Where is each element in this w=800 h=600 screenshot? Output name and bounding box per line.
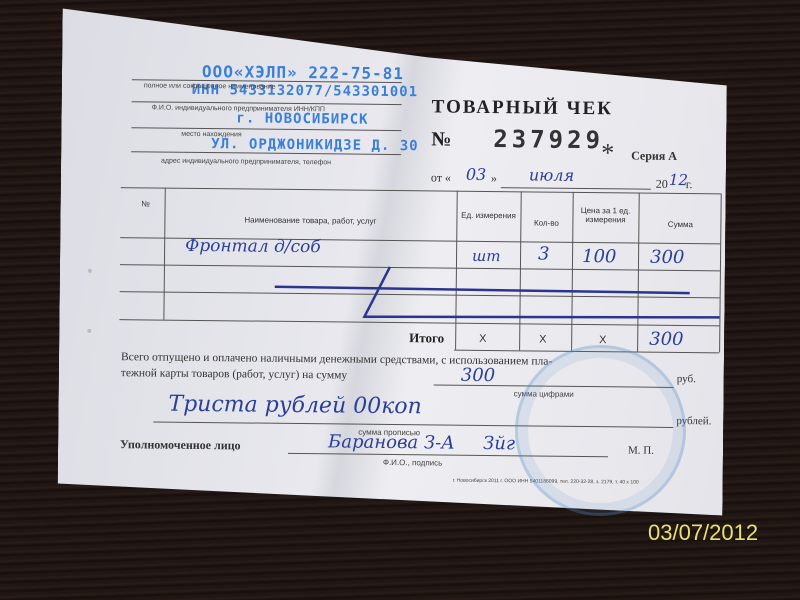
date-close: » bbox=[491, 171, 497, 186]
col-qty: Кол-во bbox=[522, 218, 570, 228]
signature: Зйг bbox=[483, 433, 515, 454]
col-num: № bbox=[131, 199, 161, 208]
col-name: Наименование товара, работ, услуг bbox=[210, 215, 410, 226]
year-prefix: 20 bbox=[656, 177, 668, 192]
label-place: место нахождения bbox=[181, 131, 241, 139]
total-x-2: X bbox=[539, 334, 546, 346]
rub-short: руб. bbox=[677, 373, 696, 385]
col-price: Цена за 1 ед. измерения bbox=[575, 206, 635, 225]
receipt-title: ТОВАРНЫЙ ЧЕК bbox=[432, 96, 614, 120]
date-from: от « bbox=[431, 170, 451, 185]
authorized-name: Баранова З-А bbox=[328, 431, 455, 453]
label-address: адрес индивидуального предпринимателя, т… bbox=[161, 158, 331, 167]
asterisk: * bbox=[601, 138, 614, 168]
paid-line-2: тежной карты товаров (работ, услуг) на с… bbox=[121, 367, 347, 381]
label-full-name: полное или сокращенное наименование bbox=[144, 82, 276, 90]
z-strike-mark bbox=[269, 261, 730, 326]
punch-hole bbox=[87, 329, 91, 333]
item-qty: 3 bbox=[538, 244, 550, 265]
total-x-1: X bbox=[479, 333, 486, 345]
total-label: Итого bbox=[409, 330, 444, 346]
total-sum: 300 bbox=[649, 329, 684, 350]
series: Серия А bbox=[631, 148, 677, 163]
number-label: № bbox=[431, 128, 451, 151]
punch-hole bbox=[88, 269, 92, 273]
fio-caption: Ф.И.О., подпись bbox=[383, 458, 443, 468]
receipt-number: 237929 bbox=[493, 125, 604, 154]
label-fio: Ф.И.О. индивидуального предпринимателя И… bbox=[152, 104, 325, 113]
amount-digits: 300 bbox=[461, 365, 496, 386]
year-unit: г. bbox=[686, 177, 693, 192]
date-month: июля bbox=[529, 165, 574, 184]
authorized-label: Уполномоченное лицо bbox=[120, 437, 241, 453]
amount-words: Триста рублей 00коп bbox=[168, 392, 421, 420]
col-sum: Сумма bbox=[642, 220, 718, 230]
date-day: 03 bbox=[466, 165, 487, 184]
col-unit: Ед. измерения bbox=[460, 211, 516, 221]
round-seal bbox=[515, 345, 686, 516]
photo-timestamp: 03/07/2012 bbox=[648, 520, 758, 546]
item-name: Фронтал д/соб bbox=[185, 236, 321, 257]
